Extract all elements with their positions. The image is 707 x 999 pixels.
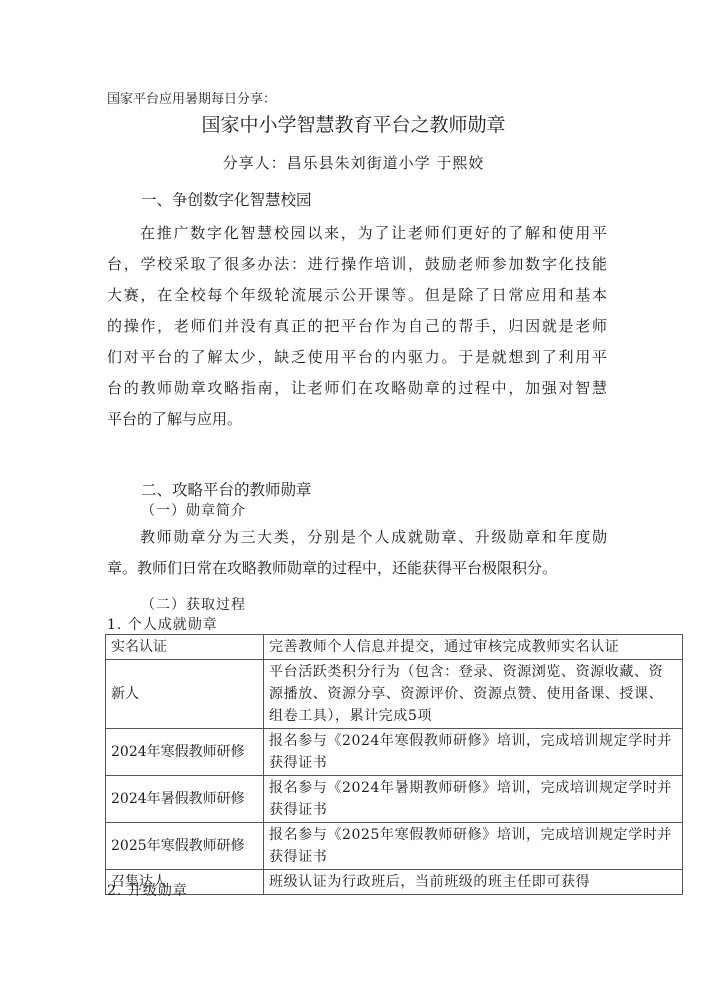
para-line: 平台的了解与应用。 [107,404,607,435]
badge-name: 新人 [106,660,264,729]
badge-name: 2025年寒假教师研修 [106,823,264,870]
badge-name: 2024年暑假教师研修 [106,776,264,823]
para-line: 们对平台的了解太少，缺乏使用平台的内驱力。于是就想到了利用平 [107,342,607,373]
subsection2-heading: （二）获取过程 [141,594,246,614]
badge-desc: 完善教师个人信息并提交，通过审核完成教师实名认证 [264,635,683,660]
author-line: 分享人：昌乐县朱刘街道小学 于熙姣 [0,152,707,173]
subsection1-heading: （一）勋章简介 [141,500,246,520]
badge-desc: 班级认证为行政班后，当前班级的班主任即可获得 [264,870,683,895]
para-line: 在推广数字化智慧校园以来，为了让老师们更好的了解和使用平 [107,218,607,249]
achievement-badge-table: 实名认证 完善教师个人信息并提交，通过审核完成教师实名认证 新人 平台活跃类积分… [105,634,683,895]
table-row: 2025年寒假教师研修 报名参与《2025年寒假教师研修》培训，完成培训规定学时… [106,823,683,870]
badge-desc: 平台活跃类积分行为（包含：登录、资源浏览、资源收藏、资源播放、资源分享、资源评价… [264,660,683,729]
badge-name: 实名认证 [106,635,264,660]
badge-desc: 报名参与《2024年暑期教师研修》培训，完成培训规定学时并获得证书 [264,776,683,823]
section2-heading: 二、攻略平台的教师勋章 [141,478,312,500]
item2-heading: 2. 升级勋章 [107,880,188,900]
table-row: 2024年暑假教师研修 报名参与《2024年暑期教师研修》培训，完成培训规定学时… [106,776,683,823]
item1-heading: 1. 个人成就勋章 [107,614,218,634]
subsection1-paragraph: 教师勋章分为三大类，分别是个人成就勋章、升级勋章和年度勋 章。教师们日常在攻略教… [107,522,607,584]
para-line: 教师勋章分为三大类，分别是个人成就勋章、升级勋章和年度勋 [107,522,607,553]
badge-desc: 报名参与《2025年寒假教师研修》培训，完成培训规定学时并获得证书 [264,823,683,870]
table-row: 新人 平台活跃类积分行为（包含：登录、资源浏览、资源收藏、资源播放、资源分享、资… [106,660,683,729]
document-title: 国家中小学智慧教育平台之教师勋章 [0,110,707,137]
table-row: 实名认证 完善教师个人信息并提交，通过审核完成教师实名认证 [106,635,683,660]
para-line: 大赛，在全校每个年级轮流展示公开课等。但是除了日常应用和基本 [107,280,607,311]
para-line: 章。教师们日常在攻略教师勋章的过程中，还能获得平台极限积分。 [107,553,607,584]
section1-heading: 一、争创数字化智慧校园 [141,188,312,210]
section1-paragraph: 在推广数字化智慧校园以来，为了让老师们更好的了解和使用平 台，学校采取了很多办法… [107,218,607,435]
para-line: 台，学校采取了很多办法：进行操作培训，鼓励老师参加数字化技能 [107,249,607,280]
table-row: 召集达人 班级认证为行政班后，当前班级的班主任即可获得 [106,870,683,895]
badge-desc: 报名参与《2024年寒假教师研修》培训，完成培训规定学时并获得证书 [264,729,683,776]
para-line: 台的教师勋章攻略指南，让老师们在攻略勋章的过程中，加强对智慧 [107,373,607,404]
table-row: 2024年寒假教师研修 报名参与《2024年寒假教师研修》培训，完成培训规定学时… [106,729,683,776]
intro-line: 国家平台应用暑期每日分享： [107,88,276,107]
para-line: 的操作，老师们并没有真正的把平台作为自己的帮手，归因就是老师 [107,311,607,342]
badge-name: 2024年寒假教师研修 [106,729,264,776]
